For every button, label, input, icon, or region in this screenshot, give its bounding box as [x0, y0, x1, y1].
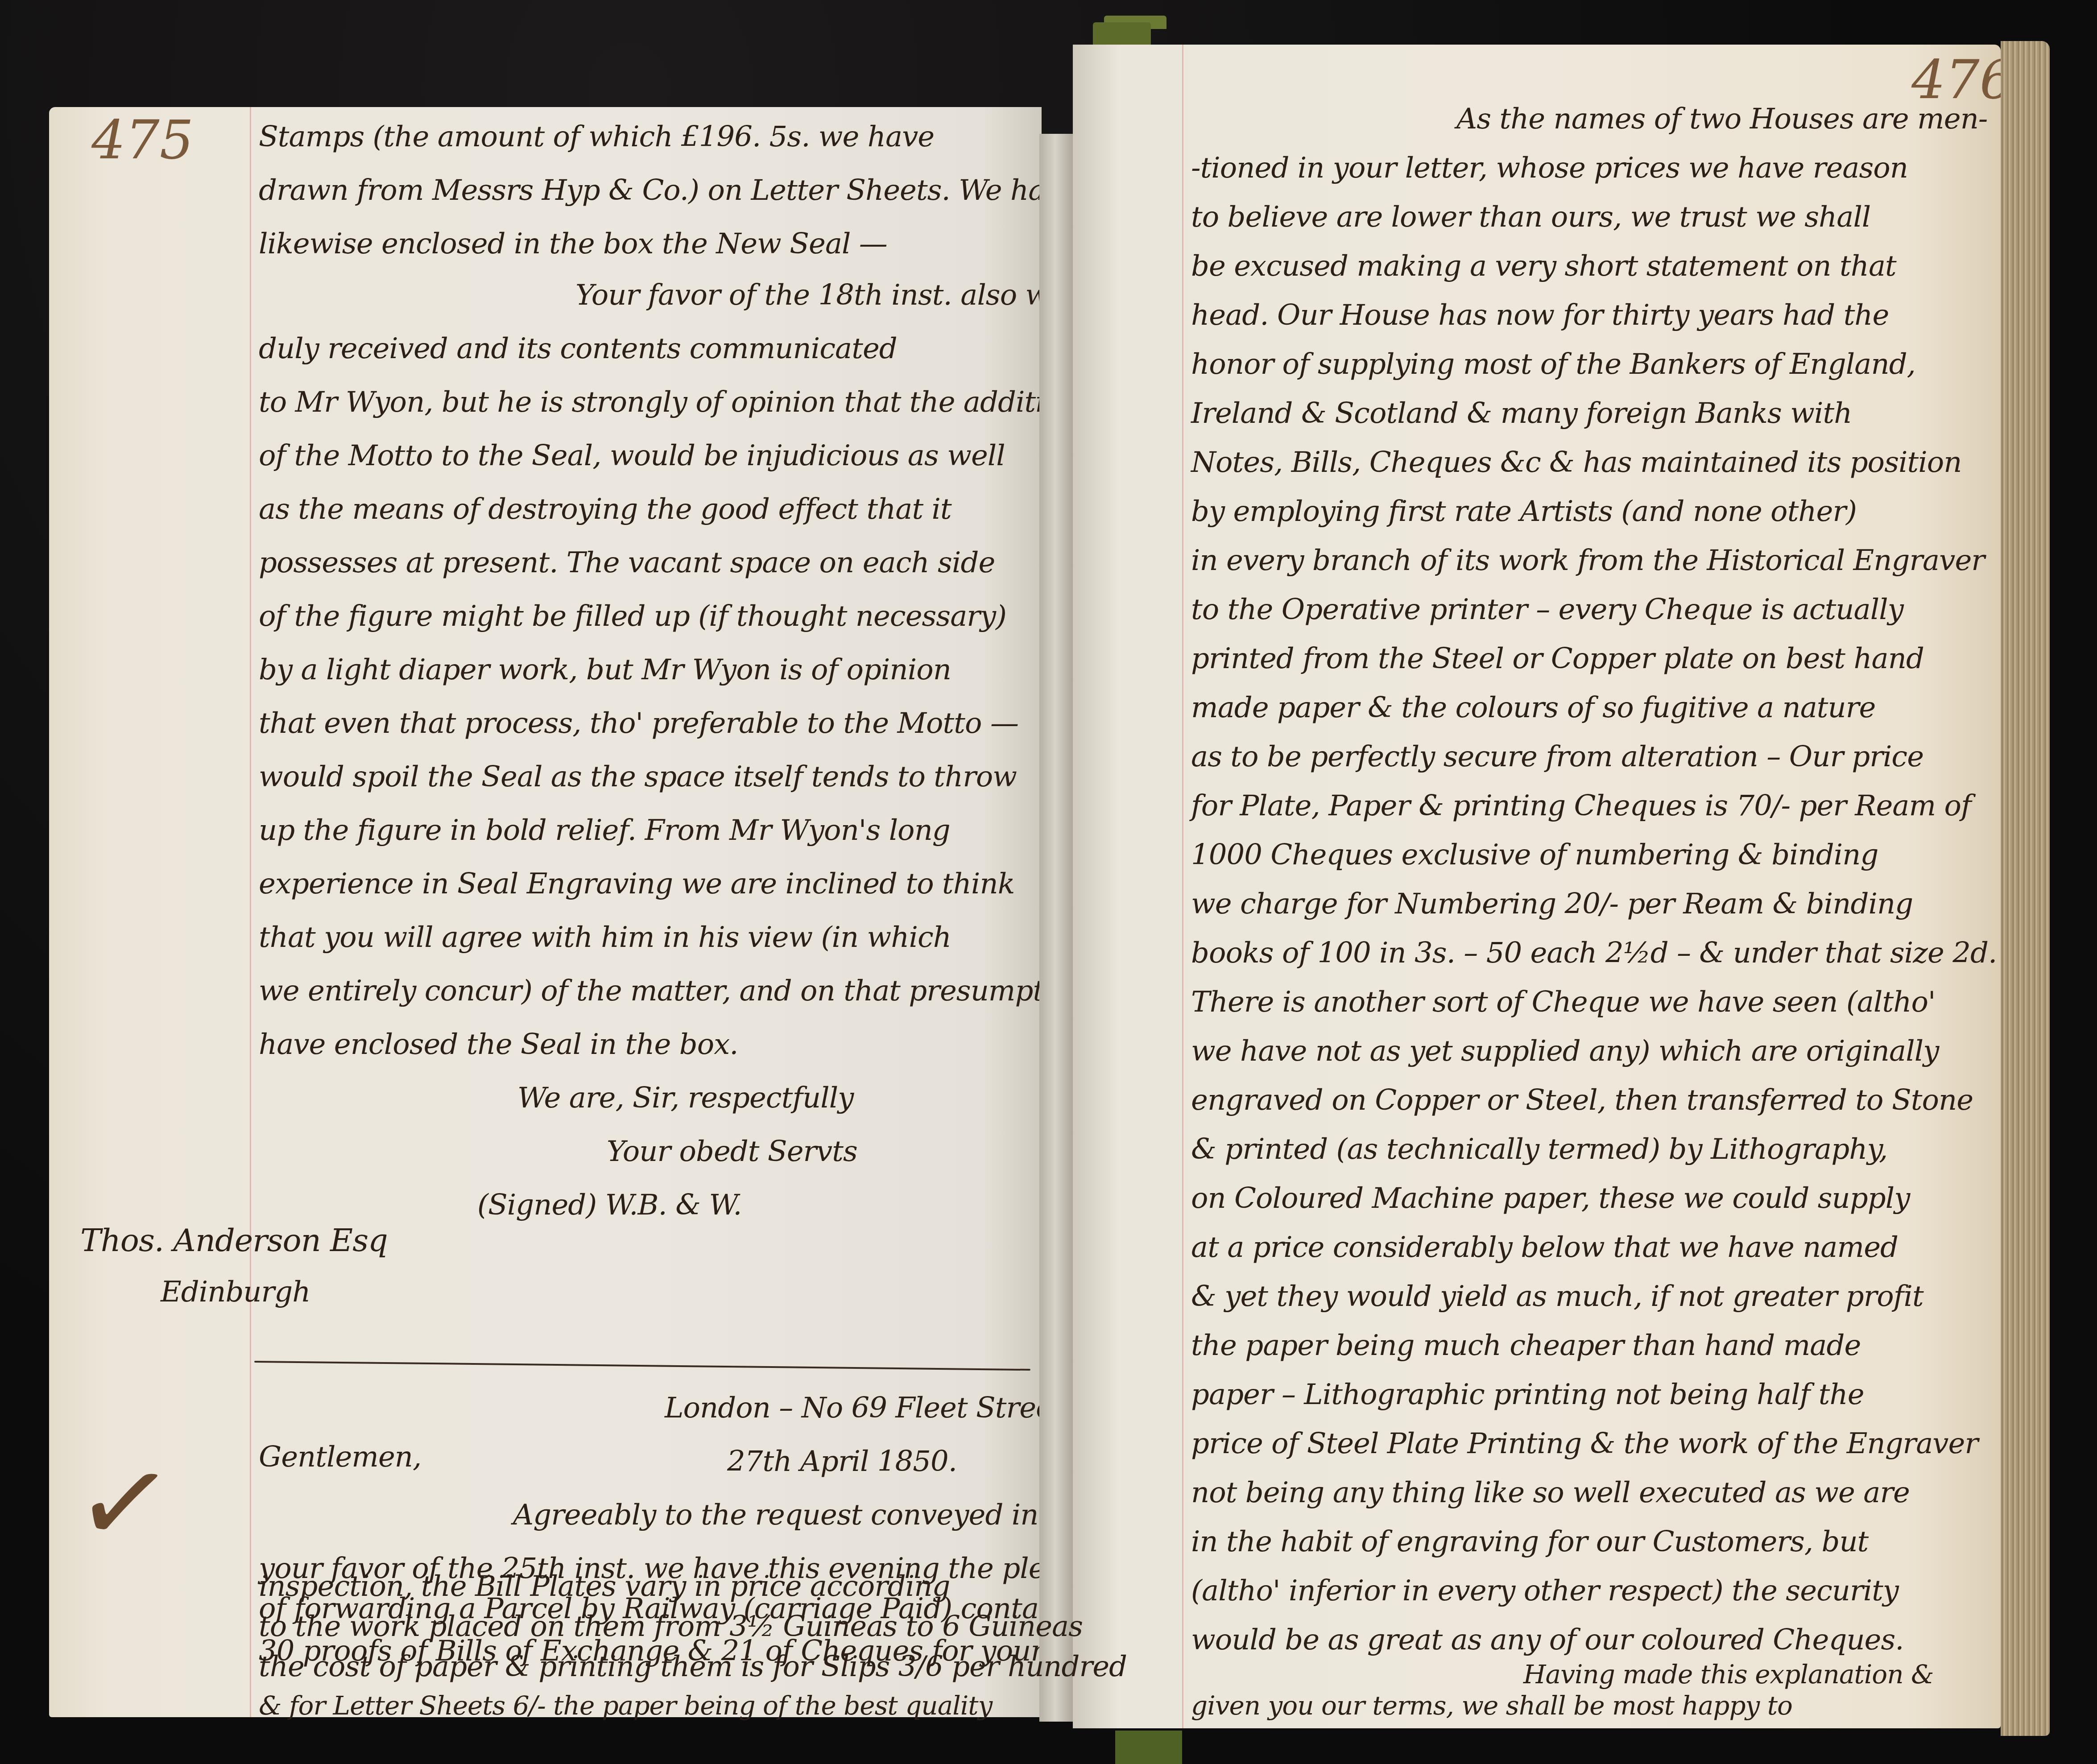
- green-ribbon-bottom: [1115, 1731, 1182, 1764]
- text-line: not being any thing like so well execute…: [1191, 1476, 1910, 1509]
- check-mark-icon: ✓: [67, 1430, 182, 1577]
- text-line: printed from the Steel or Copper plate o…: [1191, 642, 1924, 675]
- text-line: up the figure in bold relief. From Mr Wy…: [259, 814, 950, 847]
- text-line: for Plate, Paper & printing Cheques is 7…: [1191, 789, 1971, 822]
- text-line: -tioned in your letter, whose prices we …: [1191, 152, 1908, 185]
- text-line: as to be perfectly secure from alteratio…: [1191, 740, 1923, 773]
- text-line: would spoil the Seal as the space itself…: [259, 760, 1017, 793]
- text-line: to the work placed on them from 3½ Guine…: [259, 1610, 1083, 1643]
- text-line: likewise enclosed in the box the New Sea…: [259, 227, 887, 260]
- text-line: Ireland & Scotland & many foreign Banks …: [1191, 397, 1852, 430]
- text-line: we charge for Numbering 20/- per Ream & …: [1191, 888, 1913, 921]
- closing-line: Your obedt Servts: [607, 1135, 857, 1168]
- text-line: at a price considerably below that we ha…: [1191, 1231, 1898, 1264]
- text-line: in the habit of engraving for our Custom…: [1191, 1525, 1868, 1558]
- text-line: by a light diaper work, but Mr Wyon is o…: [259, 653, 951, 686]
- text-line: price of Steel Plate Printing & the work…: [1191, 1427, 1978, 1460]
- text-line: the paper being much cheaper than hand m…: [1191, 1329, 1861, 1362]
- signature: (Signed) W.B. & W.: [477, 1189, 742, 1222]
- text-line: & for Letter Sheets 6/- the paper being …: [259, 1690, 992, 1721]
- text-line: to Mr Wyon, but he is strongly of opinio…: [259, 386, 1042, 419]
- text-line: of the Motto to the Seal, would be injud…: [259, 439, 1005, 472]
- text-line: to the Operative printer – every Cheque …: [1191, 593, 1903, 626]
- green-ribbon-top-fold: [1093, 22, 1151, 47]
- page-number-left: 475: [91, 109, 194, 171]
- text-line: Your favor of the 18th inst. also was: [575, 279, 1042, 312]
- text-line: on Coloured Machine paper, these we coul…: [1191, 1182, 1910, 1215]
- text-line: 1000 Cheques exclusive of numbering & bi…: [1191, 839, 1878, 872]
- left-margin-rule: [250, 107, 251, 1717]
- text-line: that even that process, tho' preferable …: [259, 707, 1018, 740]
- text-line: head. Our House has now for thirty years…: [1191, 299, 1889, 332]
- text-line: books of 100 in 3s. – 50 each 2½d – & un…: [1191, 937, 1997, 970]
- page-number-right: 476: [1911, 49, 2001, 111]
- text-line: in every branch of its work from the His…: [1191, 544, 1985, 577]
- text-line: Having made this explanation &: [1523, 1659, 1934, 1690]
- text-line: given you our terms, we shall be most ha…: [1191, 1690, 1792, 1721]
- text-line: & yet they would yield as much, if not g…: [1191, 1280, 1923, 1313]
- text-line: paper – Lithographic printing not being …: [1191, 1378, 1864, 1411]
- text-line: as the means of destroying the good effe…: [259, 493, 951, 526]
- addressee-place: Edinburgh: [161, 1276, 310, 1309]
- text-line: Stamps (the amount of which £196. 5s. we…: [259, 120, 934, 153]
- text-line: we have not as yet supplied any) which a…: [1191, 1035, 1939, 1068]
- text-line: be excused making a very short statement…: [1191, 250, 1896, 283]
- text-line: to believe are lower than ours, we trust…: [1191, 201, 1870, 234]
- page-edge-stack: [2001, 41, 2050, 1736]
- text-line: duly received and its contents communica…: [259, 332, 897, 365]
- text-line: by employing first rate Artists (and non…: [1191, 495, 1857, 528]
- text-line: made paper & the colours of so fugitive …: [1191, 691, 1875, 724]
- text-line: inspection, the Bill Plates vary in pric…: [259, 1570, 950, 1603]
- right-page: 476 As the names of two Houses are men- …: [1073, 45, 2001, 1728]
- text-line: honor of supplying most of the Bankers o…: [1191, 348, 1915, 381]
- text-line: we entirely concur) of the matter, and o…: [259, 975, 1042, 1008]
- letter-date-line: 27th April 1850.: [727, 1445, 957, 1478]
- text-line: drawn from Messrs Hyp & Co.) on Letter S…: [259, 174, 1042, 207]
- text-line: There is another sort of Cheque we have …: [1191, 986, 1936, 1019]
- text-line: the cost of paper & printing them is for…: [259, 1650, 1127, 1683]
- closing-line: We are, Sir, respectfully: [517, 1082, 853, 1115]
- text-line: & printed (as technically termed) by Lit…: [1191, 1133, 1887, 1166]
- text-line: As the names of two Houses are men-: [1456, 103, 1987, 136]
- text-line: engraved on Copper or Steel, then transf…: [1191, 1084, 1973, 1117]
- text-line: would be as great as any of our coloured…: [1191, 1624, 1904, 1657]
- text-line: Agreeably to the request conveyed in: [513, 1499, 1038, 1532]
- text-line: (altho' inferior in every other respect)…: [1191, 1574, 1898, 1607]
- left-page: 475 Stamps (the amount of which £196. 5s…: [49, 107, 1042, 1717]
- text-line: have enclosed the Seal in the box.: [259, 1028, 738, 1061]
- salutation: Gentlemen,: [259, 1441, 421, 1474]
- text-line: of the figure might be filled up (if tho…: [259, 600, 1006, 633]
- book-gutter: [1039, 134, 1075, 1722]
- text-line: possesses at present. The vacant space o…: [259, 546, 995, 579]
- right-margin-rule: [1182, 45, 1183, 1728]
- text-line: experience in Seal Engraving we are incl…: [259, 868, 1014, 901]
- addressee-name: Thos. Anderson Esq: [80, 1222, 388, 1259]
- letter-address-line: London – No 69 Fleet Street: [665, 1392, 1042, 1425]
- text-line: Notes, Bills, Cheques &c & has maintaine…: [1191, 446, 1961, 479]
- letter-separator-line: [254, 1361, 1030, 1371]
- text-line: that you will agree with him in his view…: [259, 921, 951, 954]
